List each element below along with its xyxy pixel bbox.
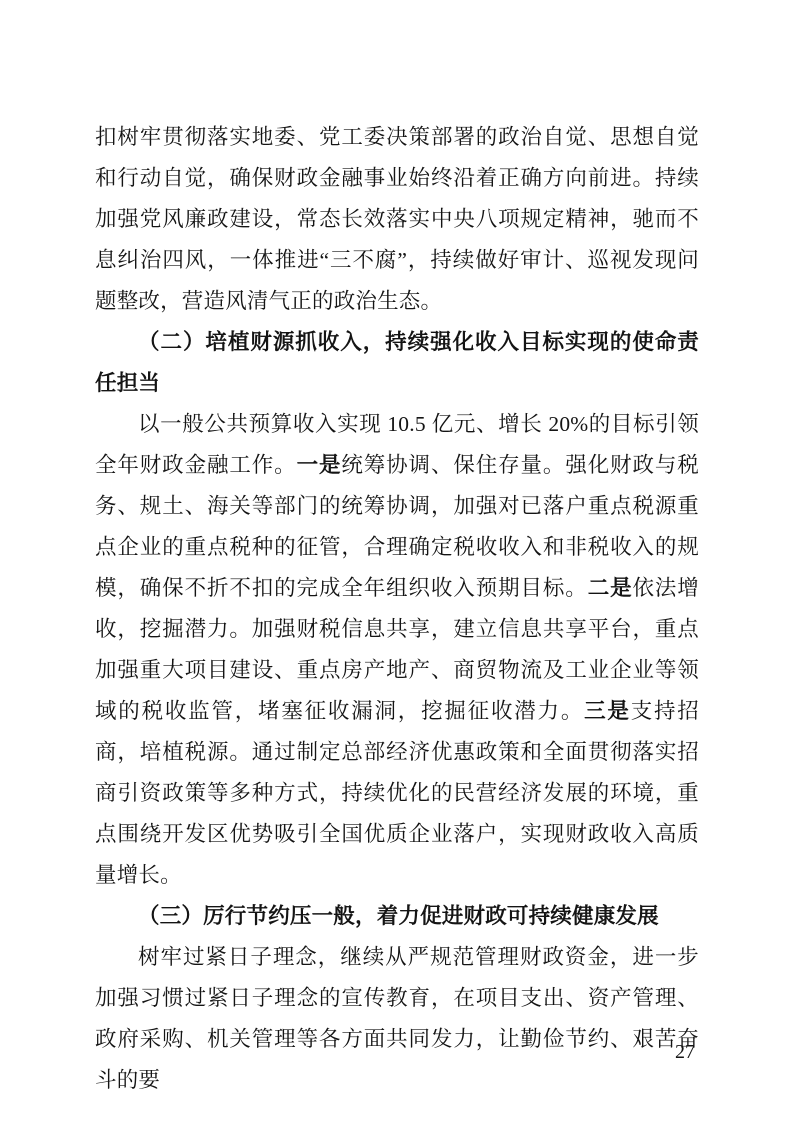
section-heading-2: （二）培植财源抓收入，持续强化收入目标实现的使命责任担当 [95,322,699,404]
paragraph-frugality: 树牢过紧日子理念，继续从严规范管理财政资金，进一步加强习惯过紧日子理念的宣传教育… [95,937,699,1101]
emphasis-run-second: 二是 [588,576,633,600]
paragraph-continuation: 扣树牢贯彻落实地委、党工委决策部署的政治自觉、思想自觉和行动自觉，确保财政金融事… [95,117,699,322]
text-run: 支持招商，培植税源。通过制定总部经济优惠政策和全面贯彻落实招商引资政策等多种方式… [95,699,699,887]
paragraph-revenue: 以一般公共预算收入实现 10.5 亿元、增长 20%的目标引领全年财政金融工作。… [95,404,699,896]
page-number: 27 [675,1038,695,1066]
emphasis-run-third: 三是 [584,699,631,723]
section-heading-3: （三）厉行节约压一般，着力促进财政可持续健康发展 [95,896,699,937]
emphasis-run-first: 一是 [297,453,342,477]
text-body: 扣树牢贯彻落实地委、党工委决策部署的政治自觉、思想自觉和行动自觉，确保财政金融事… [95,117,699,1101]
document-page: 扣树牢贯彻落实地委、党工委决策部署的政治自觉、思想自觉和行动自觉，确保财政金融事… [0,0,793,1122]
